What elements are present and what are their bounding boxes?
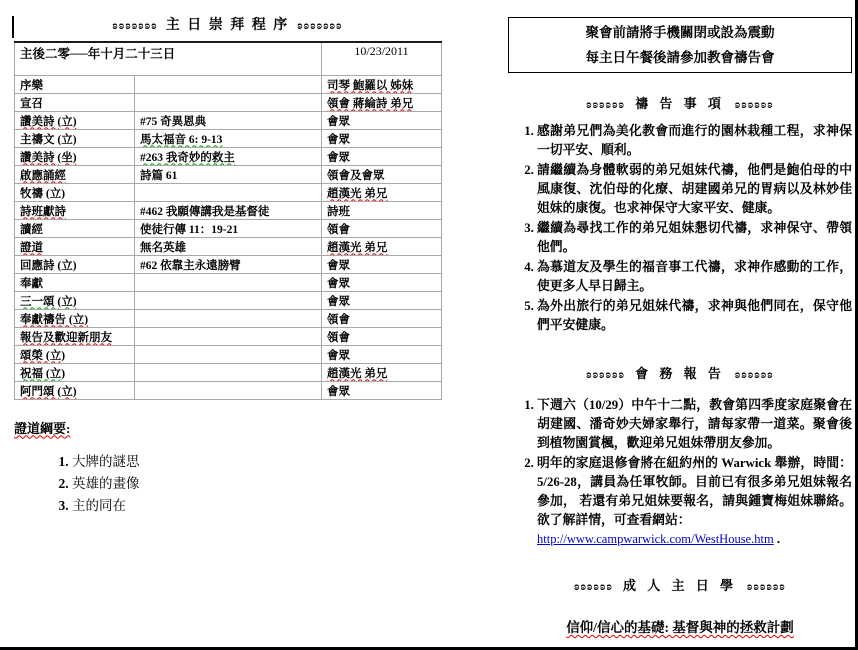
program-cell-content bbox=[135, 93, 322, 111]
prayer-item: 感謝弟兄們為美化教會而進行的園林栽種工程，求神保一切平安、順利。 bbox=[537, 122, 852, 160]
sermon-outline-list: 大牌的謎思英雄的畫像主的同在 bbox=[14, 451, 441, 517]
program-cell-who: 領會 bbox=[322, 309, 442, 327]
date-chinese: 主後二零──年十月二十三日 bbox=[15, 42, 322, 75]
sermon-outline-heading: 證道綱要: bbox=[14, 418, 441, 437]
program-row: 主禱文 (立)馬太福音 6: 9-13會眾 bbox=[15, 129, 442, 147]
program-cell-who: 會眾 bbox=[322, 129, 442, 147]
prayer-item: 為慕道友及學生的福音事工代禱，求神作感動的工作，使更多人早日歸主。 bbox=[537, 258, 852, 296]
program-cell-content bbox=[135, 291, 322, 309]
program-cell-content: 無名英雄 bbox=[135, 237, 322, 255]
program-cell-item: 宣召 bbox=[15, 93, 135, 111]
program-cell-who: 會眾 bbox=[322, 111, 442, 129]
program-cell-who: 趙漢光 弟兄 bbox=[322, 237, 442, 255]
program-cell-item: 頌榮 (立) bbox=[15, 345, 135, 363]
program-cell-item: 詩班獻詩 bbox=[15, 201, 135, 219]
prayer-item: 請繼續為身體軟弱的弟兄姐妹代禱，他們是鮑伯母的中風康復、沈伯母的化療、胡建國弟兄… bbox=[537, 161, 852, 218]
church-affairs-heading: ʚʚʚʚʚʚ會 務 報 告ʚʚʚʚʚʚ bbox=[508, 363, 852, 382]
program-cell-item: 三一頌 (立) bbox=[15, 291, 135, 309]
retreat-website-link[interactable]: http://www.campwarwick.com/WestHouse.htm bbox=[537, 532, 774, 546]
program-cell-content bbox=[135, 327, 322, 345]
program-cell-item: 牧禱 (立) bbox=[15, 183, 135, 201]
program-cell-item: 啟應誦經 bbox=[15, 165, 135, 183]
program-cell-content: #75 奇異恩典 bbox=[135, 111, 322, 129]
program-cell-who: 領會及會眾 bbox=[322, 165, 442, 183]
sunday-school-section: ʚʚʚʚʚʚ成 人 主 日 學ʚʚʚʚʚʚ 信仰/信心的基礎: 基督與神的拯救計… bbox=[508, 575, 852, 636]
program-row: 報告及歡迎新朋友領會 bbox=[15, 327, 442, 345]
program-cell-content: #62 依靠主永遠膀臂 bbox=[135, 255, 322, 273]
program-cell-content bbox=[135, 309, 322, 327]
program-cell-content: 馬太福音 6: 9-13 bbox=[135, 129, 322, 147]
program-cell-who: 領會 bbox=[322, 327, 442, 345]
program-row: 三一頌 (立)會眾 bbox=[15, 291, 442, 309]
worship-program-column: ʚʚʚʚʚʚʚ主 日 崇 拜 程 序ʚʚʚʚʚʚʚ 主後二零──年十月二十三日 … bbox=[14, 14, 441, 517]
program-row: 宣召領會 蔣綸詩 弟兄 bbox=[15, 93, 442, 111]
program-row: 讀經使徒行傳 11：19-21領會 bbox=[15, 219, 442, 237]
program-cell-item: 主禱文 (立) bbox=[15, 129, 135, 147]
program-cell-who: 司琴 鮑羅以 姊妹 bbox=[322, 75, 442, 93]
program-row: 頌榮 (立)會眾 bbox=[15, 345, 442, 363]
program-cell-item: 回應詩 (立) bbox=[15, 255, 135, 273]
program-cell-content: 詩篇 61 bbox=[135, 165, 322, 183]
program-cell-item: 讚美詩 (立) bbox=[15, 111, 135, 129]
sermon-outline-item: 大牌的謎思 bbox=[72, 451, 441, 473]
program-cell-who: 會眾 bbox=[322, 255, 442, 273]
program-cell-item: 讚美詩 (坐) bbox=[15, 147, 135, 165]
ornament-right: ʚʚʚʚʚʚ bbox=[747, 579, 786, 593]
church-affairs-section: ʚʚʚʚʚʚ會 務 報 告ʚʚʚʚʚʚ 下週六（10/29）中午十二點，教會第四… bbox=[508, 363, 852, 549]
table-header-row: 主後二零──年十月二十三日 10/23/2011 bbox=[15, 42, 442, 75]
ornament-left: ʚʚʚʚʚʚʚ bbox=[112, 18, 157, 32]
date-english: 10/23/2011 bbox=[322, 42, 442, 75]
program-cell-content bbox=[135, 363, 322, 381]
program-cell-who: 趙漢光 弟兄 bbox=[322, 363, 442, 381]
program-cell-who: 會眾 bbox=[322, 147, 442, 165]
church-affairs-item: 下週六（10/29）中午十二點，教會第四季度家庭聚會在胡建國、潘奇妙夫婦家舉行，… bbox=[537, 396, 852, 453]
page-title-text: 主 日 崇 拜 程 序 bbox=[166, 18, 290, 33]
ornament-left: ʚʚʚʚʚʚ bbox=[586, 367, 625, 381]
program-row: 祝福 (立)趙漢光 弟兄 bbox=[15, 363, 442, 381]
program-row: 讚美詩 (坐)#263 我奇妙的救主會眾 bbox=[15, 147, 442, 165]
sunday-school-heading: ʚʚʚʚʚʚ成 人 主 日 學ʚʚʚʚʚʚ bbox=[508, 575, 852, 594]
notice-line-1: 聚會前請將手機關閉或設為震動 bbox=[509, 20, 851, 45]
program-row: 阿門頌 (立)會眾 bbox=[15, 381, 442, 399]
worship-program-table: 主後二零──年十月二十三日 10/23/2011 序樂司琴 鮑羅以 姊妹宣召領會… bbox=[14, 41, 442, 400]
program-cell-content bbox=[135, 75, 322, 93]
church-affairs-item: 明年的家庭退修會將在紐約州的 Warwick 舉辦，時間：5/26-28，講員為… bbox=[537, 454, 852, 549]
program-cell-who: 會眾 bbox=[322, 345, 442, 363]
program-cell-who: 會眾 bbox=[322, 291, 442, 309]
program-cell-item: 報告及歡迎新朋友 bbox=[15, 327, 135, 345]
program-row: 讚美詩 (立)#75 奇異恩典會眾 bbox=[15, 111, 442, 129]
program-cell-item: 證道 bbox=[15, 237, 135, 255]
program-cell-content: #263 我奇妙的救主 bbox=[135, 147, 322, 165]
notice-box: 聚會前請將手機關閉或設為震動 每主日午餐後請參加教會禱告會 bbox=[508, 17, 852, 73]
program-row: 序樂司琴 鮑羅以 姊妹 bbox=[15, 75, 442, 93]
program-cell-who: 領會 bbox=[322, 219, 442, 237]
program-cell-who: 趙漢光 弟兄 bbox=[322, 183, 442, 201]
ornament-left: ʚʚʚʚʚʚ bbox=[586, 97, 625, 111]
sunday-school-topic: 信仰/信心的基礎: 基督與神的拯救計劃 bbox=[508, 616, 852, 636]
program-row: 證道無名英雄趙漢光 弟兄 bbox=[15, 237, 442, 255]
program-cell-who: 詩班 bbox=[322, 201, 442, 219]
program-row: 回應詩 (立)#62 依靠主永遠膀臂會眾 bbox=[15, 255, 442, 273]
program-cell-who: 會眾 bbox=[322, 381, 442, 399]
program-cell-item: 奉獻 bbox=[15, 273, 135, 291]
program-cell-item: 序樂 bbox=[15, 75, 135, 93]
program-cell-content bbox=[135, 183, 322, 201]
sermon-outline-item: 英雄的畫像 bbox=[72, 473, 441, 495]
program-cell-content: 使徒行傳 11：19-21 bbox=[135, 219, 322, 237]
program-row: 詩班獻詩#462 我願傳講我是基督徒詩班 bbox=[15, 201, 442, 219]
sermon-outline: 證道綱要: 大牌的謎思英雄的畫像主的同在 bbox=[14, 418, 441, 517]
program-row: 牧禱 (立)趙漢光 弟兄 bbox=[15, 183, 442, 201]
prayer-list: 感謝弟兄們為美化教會而進行的園林栽種工程，求神保一切平安、順利。請繼續為身體軟弱… bbox=[508, 122, 852, 335]
program-cell-content: #462 我願傳講我是基督徒 bbox=[135, 201, 322, 219]
ornament-right: ʚʚʚʚʚʚ bbox=[735, 97, 774, 111]
announcements-column: 聚會前請將手機關閉或設為震動 每主日午餐後請參加教會禱告會 ʚʚʚʚʚʚ禱 告 … bbox=[508, 17, 852, 636]
ornament-right: ʚʚʚʚʚʚ bbox=[735, 367, 774, 381]
prayer-item: 繼續為尋找工作的弟兄姐妹懇切代禱，求神保守、帶領他們。 bbox=[537, 219, 852, 257]
program-row: 奉獻禱告 (立)領會 bbox=[15, 309, 442, 327]
program-cell-content bbox=[135, 345, 322, 363]
notice-line-2: 每主日午餐後請參加教會禱告會 bbox=[509, 45, 851, 70]
prayer-section: ʚʚʚʚʚʚ禱 告 事 項ʚʚʚʚʚʚ 感謝弟兄們為美化教會而進行的園林栽種工程… bbox=[508, 93, 852, 335]
prayer-heading: ʚʚʚʚʚʚ禱 告 事 項ʚʚʚʚʚʚ bbox=[508, 93, 852, 112]
program-cell-item: 祝福 (立) bbox=[15, 363, 135, 381]
program-cell-who: 領會 蔣綸詩 弟兄 bbox=[322, 93, 442, 111]
program-row: 啟應誦經詩篇 61領會及會眾 bbox=[15, 165, 442, 183]
program-row: 奉獻會眾 bbox=[15, 273, 442, 291]
program-cell-who: 會眾 bbox=[322, 273, 442, 291]
program-cell-item: 阿門頌 (立) bbox=[15, 381, 135, 399]
program-cell-content bbox=[135, 273, 322, 291]
ornament-left: ʚʚʚʚʚʚ bbox=[574, 579, 613, 593]
after-link-text: . bbox=[774, 532, 780, 546]
bulletin-page: ʚʚʚʚʚʚʚ主 日 崇 拜 程 序ʚʚʚʚʚʚʚ 主後二零──年十月二十三日 … bbox=[0, 0, 858, 650]
page-title: ʚʚʚʚʚʚʚ主 日 崇 拜 程 序ʚʚʚʚʚʚʚ bbox=[14, 14, 441, 34]
program-cell-item: 奉獻禱告 (立) bbox=[15, 309, 135, 327]
sermon-outline-item: 主的同在 bbox=[72, 495, 441, 517]
church-affairs-list: 下週六（10/29）中午十二點，教會第四季度家庭聚會在胡建國、潘奇妙夫婦家舉行，… bbox=[508, 396, 852, 549]
prayer-item: 為外出旅行的弟兄姐妹代禱，求神與他們同在，保守他們平安健康。 bbox=[537, 297, 852, 335]
ornament-right: ʚʚʚʚʚʚʚ bbox=[297, 18, 342, 32]
program-cell-content bbox=[135, 381, 322, 399]
program-cell-item: 讀經 bbox=[15, 219, 135, 237]
